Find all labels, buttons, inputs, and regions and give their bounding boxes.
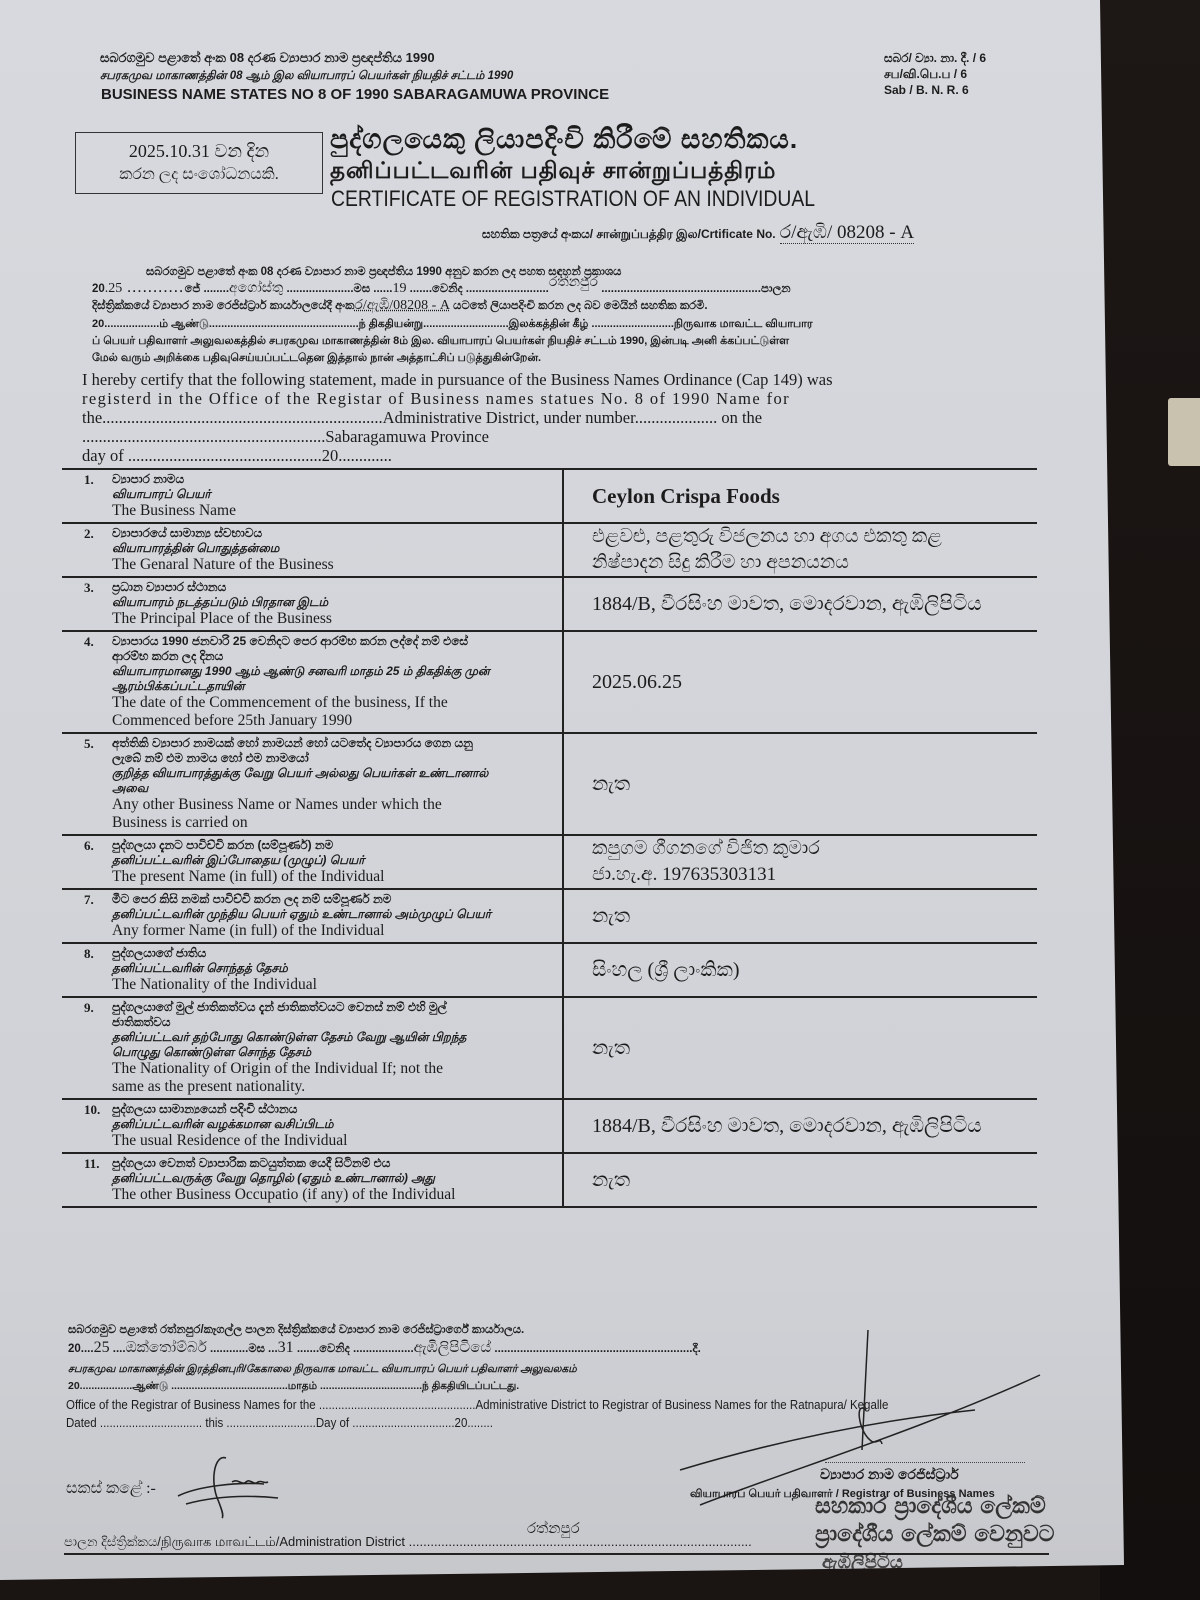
footer-year-fill: 25 — [94, 1339, 110, 1356]
row-label-tamil: தனிப்பட்டவரின் வழக்கமான வசிப்பிடம் — [86, 1117, 492, 1132]
row-label-sinhala: ව්‍යාපාර නාමය — [86, 472, 492, 487]
row-value-cell: 1884/B, වීරසිංහ මාවත, මොදරවාන, ඇඹිලිපිටි… — [564, 578, 1037, 630]
row-value: 2025.06.25 — [592, 671, 682, 694]
day-fill: 19 — [392, 281, 406, 296]
row-label-tamil: வியாபாரம் நடத்தப்படும் பிரதான இடம் — [86, 595, 492, 610]
row-label-tamil: தனிப்பட்டவரின் முந்திய பெயர் ஏதும் உண்டா… — [86, 907, 492, 922]
registration-number-fill: ර/ඇඹි/08208 - A — [354, 298, 450, 313]
row-label-tamil: வியாபாரத்தின் பொதுத்தன்மை — [86, 541, 492, 556]
intro-ta-line-1: 20..................ம் ஆண்டு............… — [92, 316, 813, 333]
row-label-english: The other Business Occupatio (if any) of… — [86, 1186, 562, 1204]
table-row: 10.පුද්ගලයා සාමාන්‍යයෙන් පදිංචි ස්ථානයதன… — [62, 1100, 1037, 1154]
row-label-english: The present Name (in full) of the Indivi… — [86, 868, 562, 886]
row-value: එළවළු, පළතුරු විජලනය හා අගය එකතු කළ — [592, 524, 942, 550]
row-label-english: The usual Residence of the Individual — [86, 1132, 562, 1150]
row-label-sinhala: ප්‍රධාන ව්‍යාපාර ස්ථානය — [86, 580, 492, 595]
year-fill: .25 — [105, 281, 123, 296]
footer-month-fill: ඔක්තෝම්බර් — [126, 1340, 207, 1356]
row-value-cell: Ceylon Crispa Foods — [564, 470, 1037, 522]
row-value: නැත — [592, 1037, 630, 1060]
row-value: කපුගම ගීගනගේ විජිත කුමාර — [592, 836, 820, 862]
table-row: 8.පුද්ගලයාගේ ජාතියதனிப்பட்டவரின் சொந்தத்… — [62, 944, 1037, 998]
intro-en-line-1: I hereby certify that the following stat… — [82, 370, 833, 389]
row-value: 1884/B, වීරසිංහ මාවත, මොදරවාන, ඇඹිලිපිටි… — [592, 593, 982, 616]
row-number: 2. — [84, 526, 94, 542]
row-label-english: The Nationality of Origin of the Individ… — [86, 1060, 562, 1078]
row-label-tamil: தனிப்பட்டவரின் இப்போதைய (முழுப்) பெயர் — [86, 853, 492, 868]
row-value-cell: සිංහල (ශ්‍රී ලාංකික) — [564, 944, 1037, 996]
amendment-line-1: 2025.10.31 වන දින — [76, 139, 322, 163]
intro-si-line-3: දිස්ත්‍රික්කයේ ව්‍යාපාර නාම රෙජිස්ට්‍රාර… — [92, 297, 708, 315]
particulars-table: 1.ව්‍යාපාර නාමයவியாபாரப் பெயர்The Busine… — [62, 468, 1037, 1208]
row-number: 8. — [84, 946, 94, 962]
footer-office-ta: சபரகமுவ மாகாணத்தின் இரத்தினபுரி/கேகாலை ந… — [68, 1363, 577, 1376]
stamp-line-3: ඇඹිලිපිටිය — [822, 1552, 903, 1573]
row-label-tamil: தனிப்பட்டவரின் சொந்தத் தேசம் — [86, 961, 492, 976]
row-label-sinhala: ව්‍යාපාරයේ සාමාන්‍ය ස්වභාවය — [86, 526, 492, 541]
intro-en-line-5: day of .................................… — [82, 446, 392, 465]
row-value: නැත — [592, 905, 630, 928]
table-row: 2.ව්‍යාපාරයේ සාමාන්‍ය ස්වභාවයவியாபாரத்தி… — [62, 524, 1037, 578]
table-row: 6.පුද්ගලයා දැනට පාවිච්චි කරන (සම්පූර්ණ) … — [62, 836, 1037, 890]
row-label-sinhala: ව්‍යාපාරය 1990 ජනවාරි 25 වෙනිදට පෙර ආරම්… — [86, 634, 492, 664]
administration-district-row: පාලන දිස්ත්‍රික්කය/நிருவாக மாவட்டம்/Admi… — [64, 1534, 752, 1551]
footer-date-si: 20....25 ....ඔක්තෝම්බර් ............මස .… — [68, 1339, 701, 1357]
registrar-title-si: ව්‍යාපාර නාම රෙජිස්ට්‍රාර් — [820, 1466, 959, 1483]
administration-district-label: පාලන දිස්ත්‍රික්කය/நிருவாக மாவட்டம்/Admi… — [64, 1534, 405, 1549]
intro-en-line-3: the.....................................… — [82, 408, 762, 427]
row-label-tamil: தனிப்பட்டவருக்கு வேறு தொழில் (ஏதும் உண்ட… — [86, 1171, 492, 1186]
ref-english: Sab / B. N. R. 6 — [884, 82, 969, 98]
footer-date-ta: 20..................ஆண்டு ..............… — [68, 1380, 519, 1393]
footer-office-si: සබරගමුව පළාතේ රත්නපුර/කෑගල්ල පාලන දිස්ත්… — [68, 1324, 524, 1337]
row-label-sinhala: පුද්ගලයා දැනට පාවිච්චි කරන (සම්පූර්ණ) නම — [86, 838, 492, 853]
signature-prepared-by — [168, 1452, 298, 1522]
prepared-by-label: සකස් කළේ :- — [66, 1480, 156, 1498]
row-label-cell: 10.පුද්ගලයා සාමාන්‍යයෙන් පදිංචි ස්ථානයதன… — [62, 1100, 564, 1152]
row-label-english: Any other Business Name or Names under w… — [86, 796, 562, 814]
row-label-sinhala: පුද්ගලයාගේ ජාතිය — [86, 946, 492, 961]
month-fill: අගෝස්තු — [229, 281, 283, 296]
row-label-tamil: வியாபாரப் பெயர் — [86, 487, 492, 502]
stamp-line-1: සහකාර ප්‍රාදේශීය ලේකම් — [815, 1494, 1046, 1519]
row-number: 3. — [84, 580, 94, 596]
row-label-cell: 3.ප්‍රධාන ව්‍යාපාර ස්ථානයவியாபாரம் நடத்த… — [62, 578, 564, 630]
row-value-cell: එළවළු, පළතුරු විජලනය හා අගය එකතු කළනිෂ්ප… — [564, 524, 1037, 576]
registrar-signature-line — [825, 1462, 1025, 1463]
row-value-cell: නැත — [564, 1154, 1037, 1206]
stamp-line-2: ප්‍රාදේශීය ලේකම් වෙනුවට — [815, 1522, 1055, 1547]
row-label-sinhala: මීට පෙර කිසි නමක් පාවිච්චි කරන ලද නම් සම… — [86, 892, 492, 907]
row-label-sinhala: පුද්ගලයා වෙනත් ව්‍යාපාරික කටයුත්තක යෙදී … — [86, 1156, 492, 1171]
row-value-cell: 2025.06.25 — [564, 632, 1037, 732]
row-label-tamil: தனிப்பட்டவர் தற்போது கொண்டுள்ள தேசம் வேற… — [86, 1030, 492, 1060]
certificate-number-label: සහතික පත්‍රයේ අංකය/ சான்றுப்பத்திர இல/Cr… — [482, 227, 776, 241]
row-value: ජා.හැ.අ. 197635303131 — [592, 862, 820, 888]
row-value-cell: නැත — [564, 998, 1037, 1098]
row-label-cell: 6.පුද්ගලයා දැනට පාවිච්චි කරන (සම්පූර්ණ) … — [62, 836, 564, 888]
row-value-cell: 1884/B, වීරසිංහ මාවත, මොදරවාන, ඇඹිලිපිටි… — [564, 1100, 1037, 1152]
title-tamil: தனிப்பட்டவரின் பதிவுச் சான்றுப்பத்திரம் — [330, 157, 776, 187]
row-label-english: Commenced before 25th January 1990 — [86, 712, 562, 730]
row-label-english: The Genaral Nature of the Business — [86, 556, 562, 574]
row-label-english: The Principal Place of the Business — [86, 610, 562, 628]
row-label-cell: 7.මීට පෙර කිසි නමක් පාවිච්චි කරන ලද නම් … — [62, 890, 564, 942]
table-row: 3.ප්‍රධාන ව්‍යාපාර ස්ථානයவியாபாரம் நடத்த… — [62, 578, 1037, 632]
row-value: නිෂ්පාදන සිදු කිරීම හා අපනයනය — [592, 550, 942, 576]
row-label-cell: 5.අත්තිකි ව්‍යාපාර නාමයක් හෝ නාමයන් හෝ ය… — [62, 734, 564, 834]
district-fill: රත්නපුර — [549, 275, 598, 290]
intro-ta-line-3: மேல் வரும் அறிக்கை பதிவுசெய்யப்பட்டதென இ… — [92, 350, 541, 367]
row-value: නැත — [592, 1169, 630, 1192]
table-row: 9.පුද්ගලයාගේ මුල් ජාතිකත්වය දැන් ජාතිකත්… — [62, 998, 1037, 1100]
row-label-sinhala: අත්තිකි ව්‍යාපාර නාමයක් හෝ නාමයන් හෝ යටත… — [86, 736, 492, 766]
bottom-rule — [64, 1553, 1049, 1555]
row-value-cell: කපුගම ගීගනගේ විජිත කුමාරජා.හැ.අ. 1976353… — [564, 836, 1037, 888]
row-number: 7. — [84, 892, 94, 908]
row-value-cell: නැත — [564, 734, 1037, 834]
row-label-cell: 8.පුද්ගලයාගේ ජාතියதனிப்பட்டவரின் சொந்தத்… — [62, 944, 564, 996]
header-line-english: BUSINESS NAME STATES NO 8 OF 1990 SABARA… — [101, 86, 609, 103]
row-label-cell: 11.පුද්ගලයා වෙනත් ව්‍යාපාරික කටයුත්තක යෙ… — [62, 1154, 564, 1206]
row-label-english: Any former Name (in full) of the Individ… — [86, 922, 562, 940]
amendment-note-box: 2025.10.31 වන දින කරන ලද සංශෝධනයකි. — [75, 132, 323, 194]
row-label-english: The Business Name — [86, 502, 562, 520]
intro-en-line-2: registerd in the Office of the Registar … — [82, 389, 790, 408]
row-value: 1884/B, වීරසිංහ මාවත, මොදරවාන, ඇඹිලිපිටි… — [592, 1115, 982, 1138]
row-number: 10. — [84, 1102, 100, 1118]
row-label-cell: 4.ව්‍යාපාරය 1990 ජනවාරි 25 වෙනිදට පෙර ආර… — [62, 632, 564, 732]
table-row: 1.ව්‍යාපාර නාමයவியாபாரப் பெயர்The Busine… — [62, 468, 1037, 524]
footer-day-fill: 31 — [278, 1339, 294, 1356]
row-number: 5. — [84, 736, 94, 752]
paper-scrap — [1168, 398, 1200, 466]
row-label-cell: 9.පුද්ගලයාගේ මුල් ජාතිකත්වය දැන් ජාතිකත්… — [62, 998, 564, 1098]
row-value: නැත — [592, 773, 630, 796]
row-label-english: The Nationality of the Individual — [86, 976, 562, 994]
row-label-english: same as the present nationality. — [86, 1078, 562, 1096]
header-line-tamil: சபரகமுவ மாகாணத்தின் 08 ஆம் இல வியாபாரப் … — [100, 68, 513, 84]
row-label-tamil: வியாபாரமானது 1990 ஆம் ஆண்டு சனவரி மாதம் … — [86, 664, 492, 694]
table-row: 11.පුද්ගලයා වෙනත් ව්‍යාපාරික කටයුත්තක යෙ… — [62, 1154, 1037, 1208]
row-number: 6. — [84, 838, 94, 854]
row-number: 4. — [84, 634, 94, 650]
title-english: CERTIFICATE OF REGISTRATION OF AN INDIVI… — [331, 186, 815, 212]
row-label-english: The date of the Commencement of the busi… — [86, 694, 562, 712]
row-label-cell: 2.ව්‍යාපාරයේ සාමාන්‍ය ස්වභාවයவியாபாரத்தி… — [62, 524, 564, 576]
row-label-cell: 1.ව්‍යාපාර නාමයவியாபாரப் பெயர்The Busine… — [62, 470, 564, 522]
amendment-line-2: කරන ලද සංශෝධනයකි. — [76, 163, 322, 187]
intro-si-line-2: 20.25 ...........ජේ ........අගෝස්තු ....… — [92, 280, 1022, 298]
footer-dated-en: Dated ................................ t… — [66, 1416, 493, 1430]
row-label-tamil: குறித்த வியாபாரத்துக்கு வேறு பெயர் அல்லத… — [86, 766, 492, 796]
administration-district-fill: රත්නපුර — [527, 1520, 580, 1538]
row-label-english: Business is carried on — [86, 814, 562, 832]
row-value: Ceylon Crispa Foods — [592, 484, 780, 509]
row-value-cell: නැත — [564, 890, 1037, 942]
ref-tamil: சப/வி.பெ.ப / 6 — [884, 66, 967, 82]
header-line-sinhala: සබරගමුව පළාතේ අංක 08 දරණ ව්‍යාපාර නාම ප්… — [100, 50, 435, 66]
ref-sinhala: සබර/ ව්‍යා. නා. දී. / 6 — [884, 50, 986, 66]
certificate-page: සබරගමුව පළාතේ අංක 08 දරණ ව්‍යාපාර නාම ප්… — [0, 0, 1200, 1600]
intro-en-line-4: ........................................… — [82, 427, 489, 446]
certificate-number-row: සහතික පත්‍රයේ අංකය/ சான்றுப்பத்திர இல/Cr… — [482, 222, 914, 244]
intro-ta-line-2: ப் பெயர் பதிவாளர் அலுவலகத்தில் சபரகமுவ ம… — [92, 333, 789, 350]
row-value: සිංහල (ශ්‍රී ලාංකික) — [592, 959, 739, 982]
row-label-sinhala: පුද්ගලයා සාමාන්‍යයෙන් පදිංචි ස්ථානය — [86, 1102, 492, 1117]
table-row: 5.අත්තිකි ව්‍යාපාර නාමයක් හෝ නාමයන් හෝ ය… — [62, 734, 1037, 836]
row-number: 11. — [84, 1156, 100, 1172]
certificate-number-value: ර/ඇඹි/ 08208 - A — [780, 222, 914, 244]
footer-place-fill: ඇඹිලිපිටියේ — [414, 1340, 492, 1356]
row-label-sinhala: පුද්ගලයාගේ මුල් ජාතිකත්වය දැන් ජාතිකත්වය… — [86, 1000, 492, 1030]
row-number: 1. — [84, 472, 94, 488]
table-row: 4.ව්‍යාපාරය 1990 ජනවාරි 25 වෙනිදට පෙර ආර… — [62, 632, 1037, 734]
table-row: 7.මීට පෙර කිසි නමක් පාවිච්චි කරන ලද නම් … — [62, 890, 1037, 944]
row-number: 9. — [84, 1000, 94, 1016]
title-sinhala: පුද්ගලයෙකු ලියාපදිංචි කිරීමේ සහතිකය. — [330, 124, 798, 156]
